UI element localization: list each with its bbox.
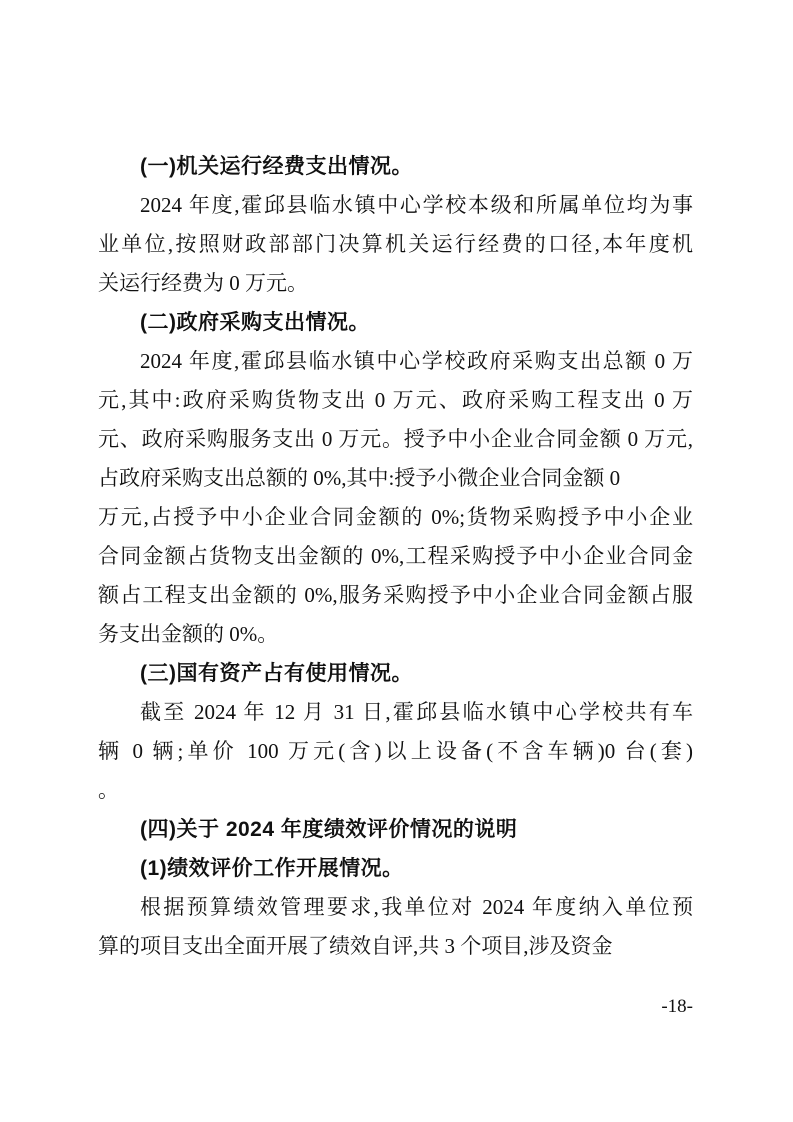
- section-2-para-line: 额占工程支出金额的 0%,服务采购授予中小企业合同金额占服: [98, 576, 693, 615]
- section-2-para-line: 元、政府采购服务支出 0 万元。授予中小企业合同金额 0 万元,: [98, 420, 693, 459]
- section-2-para-line: 务支出金额的 0%。: [98, 615, 693, 654]
- section-2-para-line: 2024 年度,霍邱县临水镇中心学校政府采购支出总额 0 万: [98, 342, 693, 381]
- section-2-heading: (二)政府采购支出情况。: [98, 303, 693, 342]
- section-1-heading: (一)机关运行经费支出情况。: [98, 147, 693, 186]
- section-1-para-line: 业单位,按照财政部部门决算机关运行经费的口径,本年度机: [98, 225, 693, 264]
- section-4-para-line: 算的项目支出全面开展了绩效自评,共 3 个项目,涉及资金: [98, 927, 693, 966]
- section-2-para-line: 合同金额占货物支出金额的 0%,工程采购授予中小企业合同金: [98, 537, 693, 576]
- section-1-para-line: 2024 年度,霍邱县临水镇中心学校本级和所属单位均为事: [98, 186, 693, 225]
- section-3-heading: (三)国有资产占有使用情况。: [98, 654, 693, 693]
- section-3-para-line: 辆 0 辆;单价 100 万元(含)以上设备(不含车辆)0 台(套): [98, 732, 693, 771]
- section-2-para-line: 占政府采购支出总额的 0%,其中:授予小微企业合同金额 0: [98, 459, 693, 498]
- section-1-para-line: 关运行经费为 0 万元。: [98, 264, 693, 303]
- section-4-subheading: (1)绩效评价工作开展情况。: [98, 849, 693, 888]
- page-number: -18-: [98, 996, 693, 1018]
- section-2-para-line: 万元,占授予中小企业合同金额的 0%;货物采购授予中小企业: [98, 498, 693, 537]
- section-3-para-line: 截至 2024 年 12 月 31 日,霍邱县临水镇中心学校共有车: [98, 693, 693, 732]
- section-2-para-line: 元,其中:政府采购货物支出 0 万元、政府采购工程支出 0 万: [98, 381, 693, 420]
- document-page: (一)机关运行经费支出情况。 2024 年度,霍邱县临水镇中心学校本级和所属单位…: [0, 0, 793, 1122]
- section-4-para-line: 根据预算绩效管理要求,我单位对 2024 年度纳入单位预: [98, 888, 693, 927]
- section-4-heading: (四)关于 2024 年度绩效评价情况的说明: [98, 810, 693, 849]
- document-content: (一)机关运行经费支出情况。 2024 年度,霍邱县临水镇中心学校本级和所属单位…: [98, 147, 693, 966]
- section-3-para-line: 。: [98, 771, 693, 810]
